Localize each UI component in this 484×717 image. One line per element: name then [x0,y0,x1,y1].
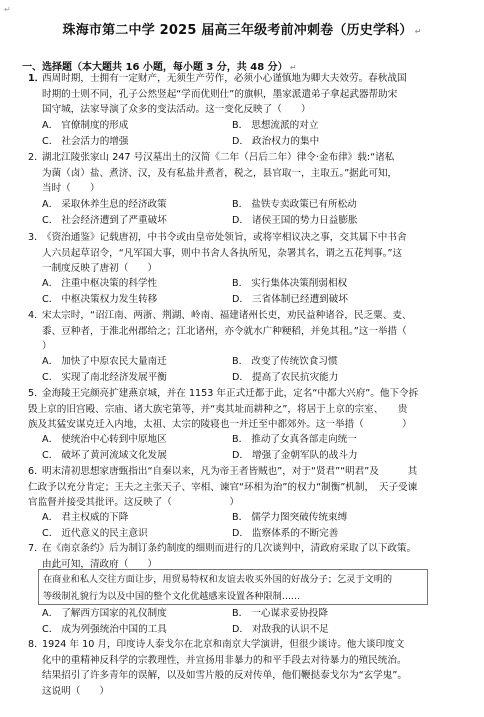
option-b[interactable]: B． 一心谋求妥协投降 [232,606,328,622]
option-a[interactable]: A． 采取休养生息的经济政策 [42,197,167,213]
option-a[interactable]: A． 官僚制度的形成 [42,118,128,134]
question-line: 这说明（ ） [42,684,458,700]
option-d[interactable]: D． 对敌我的认识不足 [232,622,329,638]
option-b[interactable]: B． 推动了女真各部走向统一 [232,432,357,448]
option-c[interactable]: C． 近代意义的民主意识 [42,526,148,542]
question-line: 人六员起草诏令，“凡军国大事，则中书舍人各执所见，杂署其名，谓之五花判事。”这 [42,246,458,262]
question-number: 7． [28,541,44,557]
quote-box: 在商业和私人交往方面让步，用贸易特权和友谊去收买外国的好战分子；乞灵于文明的 等… [38,569,428,605]
paragraph-mark-icon: ↵ [415,27,422,36]
question-5: 5． 金海陵王完颜亮扩建燕京城，并在 1153 年正式迁都于此，定名“中都大兴府… [28,386,458,433]
question-line: 为菌（卤）盐、煮济、汉，及有私盐井煮者，税之，县官取一，主取五。”据此可知， [42,166,458,182]
question-line: 仁政予以充分肯定；王夫之主张天子、宰相、谏官“环相为治”的权力“制衡”机制， 天… [28,480,458,496]
document-page: ↵ 珠海市第二中学 2025 届高三年级考前冲刺卷（历史学科）↵ 一、选择题（本… [0,0,484,717]
option-a[interactable]: A． 使统治中心转到中原地区 [42,432,167,448]
question-line: 黍、豆种者，于淮北州郡给之；江北诸州，亦令就水广种粳稻，并免其租。”这一举措（ [42,324,458,340]
question-line: 《资治通鉴》记载唐初，中书令或由皇帝处领旨，或将宰相议决之事，交其属下中书舍 [42,230,458,246]
option-a[interactable]: A． 注重中枢决策的科学性 [42,276,157,292]
question-number: 3． [28,230,44,246]
option-c[interactable]: C． 破坏了黄河流域文化发展 [42,448,167,464]
question-line: 毁上京的旧宫殿、宗庙、诸大族宅第等，并“夷其址而耕种之”，将居于上京的宗室、 贵 [28,402,458,418]
page-title: 珠海市第二中学 2025 届高三年级考前冲刺卷（历史学科）↵ [0,19,484,38]
option-d[interactable]: D． 政治权力的集中 [232,134,319,150]
option-c[interactable]: C． 社会活力的增强 [42,134,129,150]
option-a[interactable]: A． 了解西方国家的礼仪制度 [42,606,167,622]
quote-line: 等级制礼貌行为以及中国的整个文化优越感来设置各种限制…… [43,588,423,605]
question-line: 化中的重精神反科学的宗教理性，并宣扬用非暴力的和平手段去对待暴力的殖民统治。 [42,653,458,669]
question-number: 2． [28,150,44,166]
question-1: 1． 西周时期，士拥有一定财产，无须生产劳作，必须小心谨慎地为卿大夫效劳。春秋战… [28,71,458,118]
option-b[interactable]: B． 儒学力图突破传统束缚 [232,510,347,526]
question-8: 8． 1924 年 10 月，印度诗人泰戈尔在北京和南京大学演讲，但很少谈诗。他… [28,637,458,699]
question-line: 宋太宗时，“诏江南、两浙、荆湖、岭南、福建诸州长吏，劝民益种诸谷，民乏粟、麦、 [42,308,458,324]
option-c[interactable]: C． 实现了南北经济发展平衡 [42,370,167,386]
question-line: 金海陵王完颜亮扩建燕京城，并在 1153 年正式迁都于此，定名“中都大兴府”。他… [28,386,458,402]
question-7: 7． 在《南京条约》后为制订条约制度的细则而进行的几次谈判中，清政府采取了以下政… [28,541,458,572]
option-d[interactable]: D． 三省体制已经遭到破坏 [232,292,348,308]
question-number: 5． [28,386,44,402]
question-6: 6． 明末清初思想家唐甄指出“自秦以来，凡为帝王者皆贼也”，对于“贤君”“明君”… [28,464,458,511]
option-c[interactable]: C． 社会经济遭到了严重破坏 [42,213,167,229]
question-number: 4． [28,308,44,324]
option-c[interactable]: C． 中枢决策权力发生转移 [42,292,157,308]
question-3: 3． 《资治通鉴》记载唐初，中书令或由皇帝处领旨，或将宰相议决之事，交其属下中书… [28,230,458,277]
option-a[interactable]: A． 加快了中原农民大量南迁 [42,354,167,370]
question-line: 1924 年 10 月，印度诗人泰戈尔在北京和南京大学演讲，但很少谈诗。他大谈印… [42,637,458,653]
option-b[interactable]: B． 实行集体决策削弱相权 [232,276,347,292]
question-line: 明末清初思想家唐甄指出“自秦以来，凡为帝王者皆贼也”，对于“贤君”“明君”及 其 [28,464,458,480]
question-4: 4． 宋太宗时，“诏江南、两浙、荆湖、岭南、福建诸州长吏，劝民益种诸谷，民乏粟、… [28,308,458,355]
question-line: 在《南京条约》后为制订条约制度的细则而进行的几次谈判中，清政府采取了以下政策。 [42,541,458,557]
paragraph-mark-icon: ↵ [4,5,11,14]
question-line: 结果招引了许多青年的误解，以及如雪片般的反对传单，他们鞭挞泰戈尔为“玄学鬼”。 [42,668,458,684]
option-d[interactable]: D． 提高了农民抗灾能力 [232,370,338,386]
question-line: ） [42,339,458,355]
option-b[interactable]: B． 思想流派的对立 [232,118,318,134]
option-a[interactable]: A． 君主权威的下降 [42,510,128,526]
option-d[interactable]: D． 诸侯王国的势力日益膨胀 [232,213,358,229]
question-number: 1． [28,71,44,87]
option-d[interactable]: D． 监察体系的不断完善 [232,526,338,542]
question-line: 一制度反映了唐初（ ） [42,261,458,277]
question-line: 时期的士则不同，孔子公然竖起“学而优则仕”的旗帜，墨家派遣弟子拿起武器帮助宋 [42,87,458,103]
question-line: 官监督并接受其批评。这反映了（ ） [28,495,458,511]
option-d[interactable]: D． 增强了金朝军队的战斗力 [232,448,358,464]
option-b[interactable]: B． 改变了传统饮食习惯 [232,354,338,370]
option-b[interactable]: B． 盐铁专卖政策已有所松动 [232,197,357,213]
question-line: 国守城，法家导演了众多的变法活动。这一变化反映了（ ） [42,102,458,118]
question-line: 西周时期，士拥有一定财产，无须生产劳作，必须小心谨慎地为卿大夫效劳。春秋战国 [42,71,458,87]
question-line: 当时（ ） [42,181,458,197]
quote-line: 在商业和私人交往方面让步，用贸易特权和友谊去收买外国的好战分子；乞灵于文明的 [43,571,423,588]
question-2: 2． 湖北江陵张家山 247 号汉墓出土的汉简《二年（吕后二年）律令·金布律》载… [28,150,458,197]
option-c[interactable]: C． 成为列强统治中国的工具 [42,622,167,638]
question-line: 族及其猛安谋克迁入内地，太祖、太宗的陵寝也一并迁至中都郊外。这一举措（ ） [28,417,458,433]
question-number: 8． [28,637,44,653]
question-line: 湖北江陵张家山 247 号汉墓出土的汉简《二年（吕后二年）律令·金布律》载:“诸… [42,150,458,166]
question-number: 6． [28,464,44,480]
